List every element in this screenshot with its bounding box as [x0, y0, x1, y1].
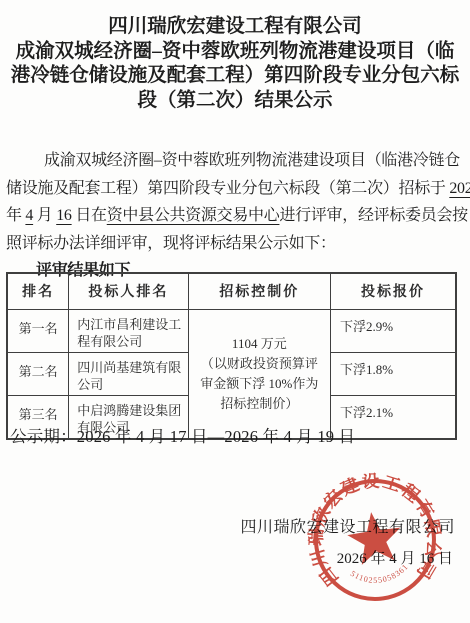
paragraph-line: 照评标办法详细评审，现将评标结果公示如下：: [6, 230, 465, 258]
underlined-month: 4: [25, 207, 33, 224]
table-row: 第一名 内江市昌利建设工程有限公司 1104 万元 （以财政投资预算评审金额下浮…: [7, 309, 456, 352]
control-price-note: （以财政投资预算评审金额下浮 10%作为招标控制价）: [199, 354, 320, 414]
col-header-rank: 排名: [7, 273, 69, 309]
col-header-control-price: 招标控制价: [188, 273, 330, 309]
announcement-document: 四川瑞欣宏建设工程有限公司 成渝双城经济圈–资中蓉欧班列物流港建设项目（临 港冷…: [0, 0, 470, 623]
paragraph-text: 月: [33, 207, 56, 224]
document-title: 四川瑞欣宏建设工程有限公司 成渝双城经济圈–资中蓉欧班列物流港建设项目（临 港冷…: [0, 15, 470, 113]
title-line-2: 成渝双城经济圈–资中蓉欧班列物流港建设项目（临: [0, 40, 470, 65]
title-line-4: 段（第二次）结果公示: [0, 89, 470, 114]
rank-cell: 第二名: [7, 352, 69, 395]
bid-quote-cell: 下浮1.8%: [331, 352, 456, 395]
results-table: 排名 投标人排名 招标控制价 投标报价 第一名 内江市昌利建设工程有限公司 11…: [6, 272, 457, 440]
bidder-cell: 四川尚基建筑有限公司: [69, 352, 188, 395]
notice-period: 公示期：2026 年 4 月 17 日—2026 年 4 月 19 日: [10, 423, 355, 447]
paragraph-line: 年 4 月 16 日在资中县公共资源交易中心进行评审，经评标委员会按: [6, 202, 465, 230]
table-header-row: 排名 投标人排名 招标控制价 投标报价: [7, 273, 456, 309]
col-header-bid-quote: 投标报价: [331, 273, 456, 309]
bidder-cell: 内江市昌利建设工程有限公司: [69, 309, 188, 352]
title-line-1: 四川瑞欣宏建设工程有限公司: [0, 15, 470, 40]
col-header-bidder: 投标人排名: [69, 273, 188, 309]
signature-company: 四川瑞欣宏建设工程有限公司: [240, 514, 455, 537]
signature-date: 2026 年 4 月 16 日: [240, 547, 455, 568]
rank-cell: 第一名: [7, 309, 69, 352]
paragraph-line: 成渝双城经济圈–资中蓉欧班列物流港建设项目（临港冷链仓: [6, 147, 465, 175]
underlined-day: 16: [56, 207, 71, 224]
underlined-venue: 资中县公共资源交易中心: [107, 207, 280, 224]
underlined-year: 2026: [449, 180, 470, 197]
title-line-3: 港冷链仓储设施及配套工程）第四阶段专业分包六标: [0, 64, 470, 89]
paragraph-text: 年: [6, 207, 25, 224]
control-price-cell: 1104 万元 （以财政投资预算评审金额下浮 10%作为招标控制价）: [188, 309, 330, 439]
paragraph-text: 进行评审，经评标委员会按: [279, 207, 467, 224]
control-price-amount: 1104 万元: [199, 334, 320, 354]
paragraph-text: 日在: [72, 207, 107, 224]
bid-quote-cell: 下浮2.9%: [331, 309, 456, 352]
signature-block: 四川瑞欣宏建设工程有限公司 2026 年 4 月 16 日: [240, 514, 455, 568]
paragraph-text: 储设施及配套工程）第四阶段专业分包六标段（第二次）招标于: [6, 180, 449, 197]
paragraph-line: 储设施及配套工程）第四阶段专业分包六标段（第二次）招标于 2026: [6, 175, 465, 203]
body-paragraph: 成渝双城经济圈–资中蓉欧班列物流港建设项目（临港冷链仓 储设施及配套工程）第四阶…: [6, 147, 465, 285]
